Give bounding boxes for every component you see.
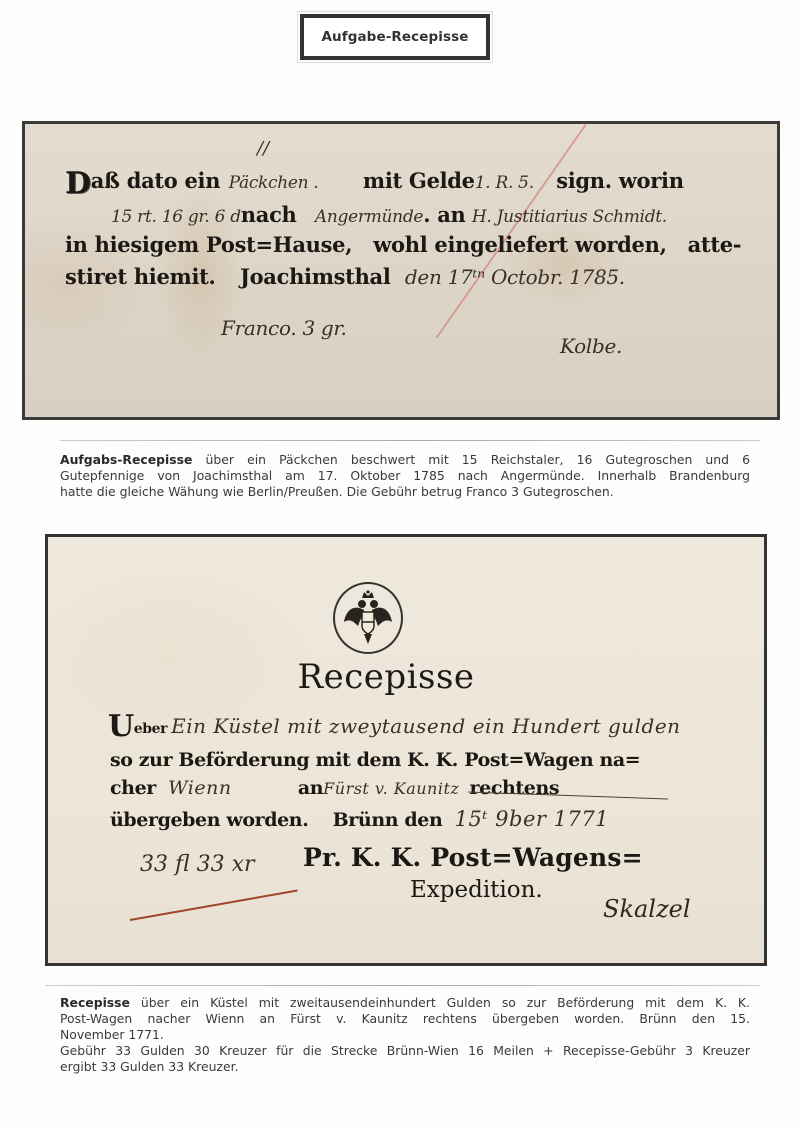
doc2-line-2: so zur Beförderung mit dem K. K. Post=Wa… (110, 749, 640, 771)
caption-2-heading: Recepisse (60, 995, 130, 1010)
handwritten-destination: Wienn (168, 777, 232, 799)
office-name: Pr. K. K. Post=Wagens= (303, 843, 643, 872)
printed-text: stiret hiemit. (65, 264, 216, 289)
caption-divider (45, 985, 760, 986)
handwritten-amount: 15 rt. 16 gr. 6 d (111, 207, 241, 227)
handwritten-recipient: H. Justitiarius Schmidt. (472, 207, 667, 227)
handwritten-date: 15ᵗ 9ber 1771 (455, 807, 609, 831)
caption-2-row: Recepisse über ein Küstel mit zweitausen… (60, 995, 750, 1011)
red-ink-stroke (130, 889, 298, 920)
caption-2-row: Post-Wagen nacher Wienn an Fürst v. Kaun… (60, 1011, 750, 1027)
caption-1-row: Gutepfennige von Joachimsthal am 17. Okt… (60, 468, 750, 484)
printed-text: . an (423, 202, 465, 227)
caption-2: Recepisse über ein Küstel mit zweitausen… (60, 995, 750, 1075)
printed-place: Joachimsthal (240, 264, 391, 289)
caption-1-row: hatte die gleiche Wähung wie Berlin/Preu… (60, 484, 750, 500)
handwritten-fee: 33 fl 33 xr (140, 852, 255, 877)
clerk-signature: Skalzel (603, 895, 691, 923)
printed-text: nach (241, 202, 297, 227)
doc2-line-1: UeberEin Küstel mit zweytausend ein Hund… (108, 709, 681, 744)
handwritten-contents: Ein Küstel mit zweytausend ein Hundert g… (171, 714, 680, 738)
handwritten-value: 1. R. 5. (475, 173, 534, 193)
handwritten-date: den 17ᵗⁿ Octobr. 1785. (405, 265, 625, 289)
page-title-box: Aufgabe-Recepisse (300, 14, 490, 60)
printed-text: sign. worin (556, 168, 683, 193)
caption-divider (60, 440, 760, 441)
handwritten-item: Päckchen . (229, 173, 319, 193)
document-2-scan: Recepisse UeberEin Küstel mit zweytausen… (45, 534, 767, 966)
printed-text: aß dato ein (91, 168, 221, 193)
caption-1-heading: Aufgabs-Recepisse (60, 452, 192, 467)
doc1-line-4: stiret hiemit. Joachimsthal den 17ᵗⁿ Oct… (65, 264, 625, 289)
handwritten-recipient: Fürst v. Kaunitz (323, 779, 459, 798)
doc1-signature: Kolbe. (560, 334, 622, 358)
doc1-line-1: Daß dato ein Päckchen . mit Gelde1. R. 5… (65, 168, 684, 199)
printed-text: in hiesigem Post=Hause, wohl eingeliefer… (65, 232, 741, 257)
doc1-franco-note: Franco. 3 gr. (221, 316, 347, 340)
caption-2-row: November 1771. (60, 1027, 750, 1043)
doc1-line-3: in hiesigem Post=Hause, wohl eingeliefer… (65, 232, 741, 257)
handwritten-destination: Angermünde (315, 207, 423, 227)
document-title: Recepisse (48, 657, 764, 697)
printed-text: mit Gelde (363, 168, 475, 193)
doc1-line-2: 15 rt. 16 gr. 6 dnach Angermünde. an H. … (111, 202, 667, 227)
caption-1-row: Aufgabs-Recepisse über ein Päckchen besc… (60, 452, 750, 468)
caption-2-row: ergibt 33 Gulden 33 Kreuzer. (60, 1059, 750, 1075)
doc2-line-3: cher Wienn anFürst v. Kaunitz rechtens (110, 777, 559, 799)
office-subtitle: Expedition. (410, 877, 543, 903)
caption-1: Aufgabs-Recepisse über ein Päckchen besc… (60, 452, 750, 500)
caption-2-row: Gebühr 33 Gulden 30 Kreuzer für die Stre… (60, 1043, 750, 1059)
document-1-scan: // Daß dato ein Päckchen . mit Gelde1. R… (22, 121, 780, 420)
handwritten-mark: // (257, 138, 269, 159)
page-title: Aufgabe-Recepisse (321, 29, 468, 45)
eagle-emblem-icon (333, 582, 403, 654)
doc2-line-4: übergeben worden. Brünn den 15ᵗ 9ber 177… (110, 807, 609, 831)
decorative-initial: D (65, 169, 91, 199)
